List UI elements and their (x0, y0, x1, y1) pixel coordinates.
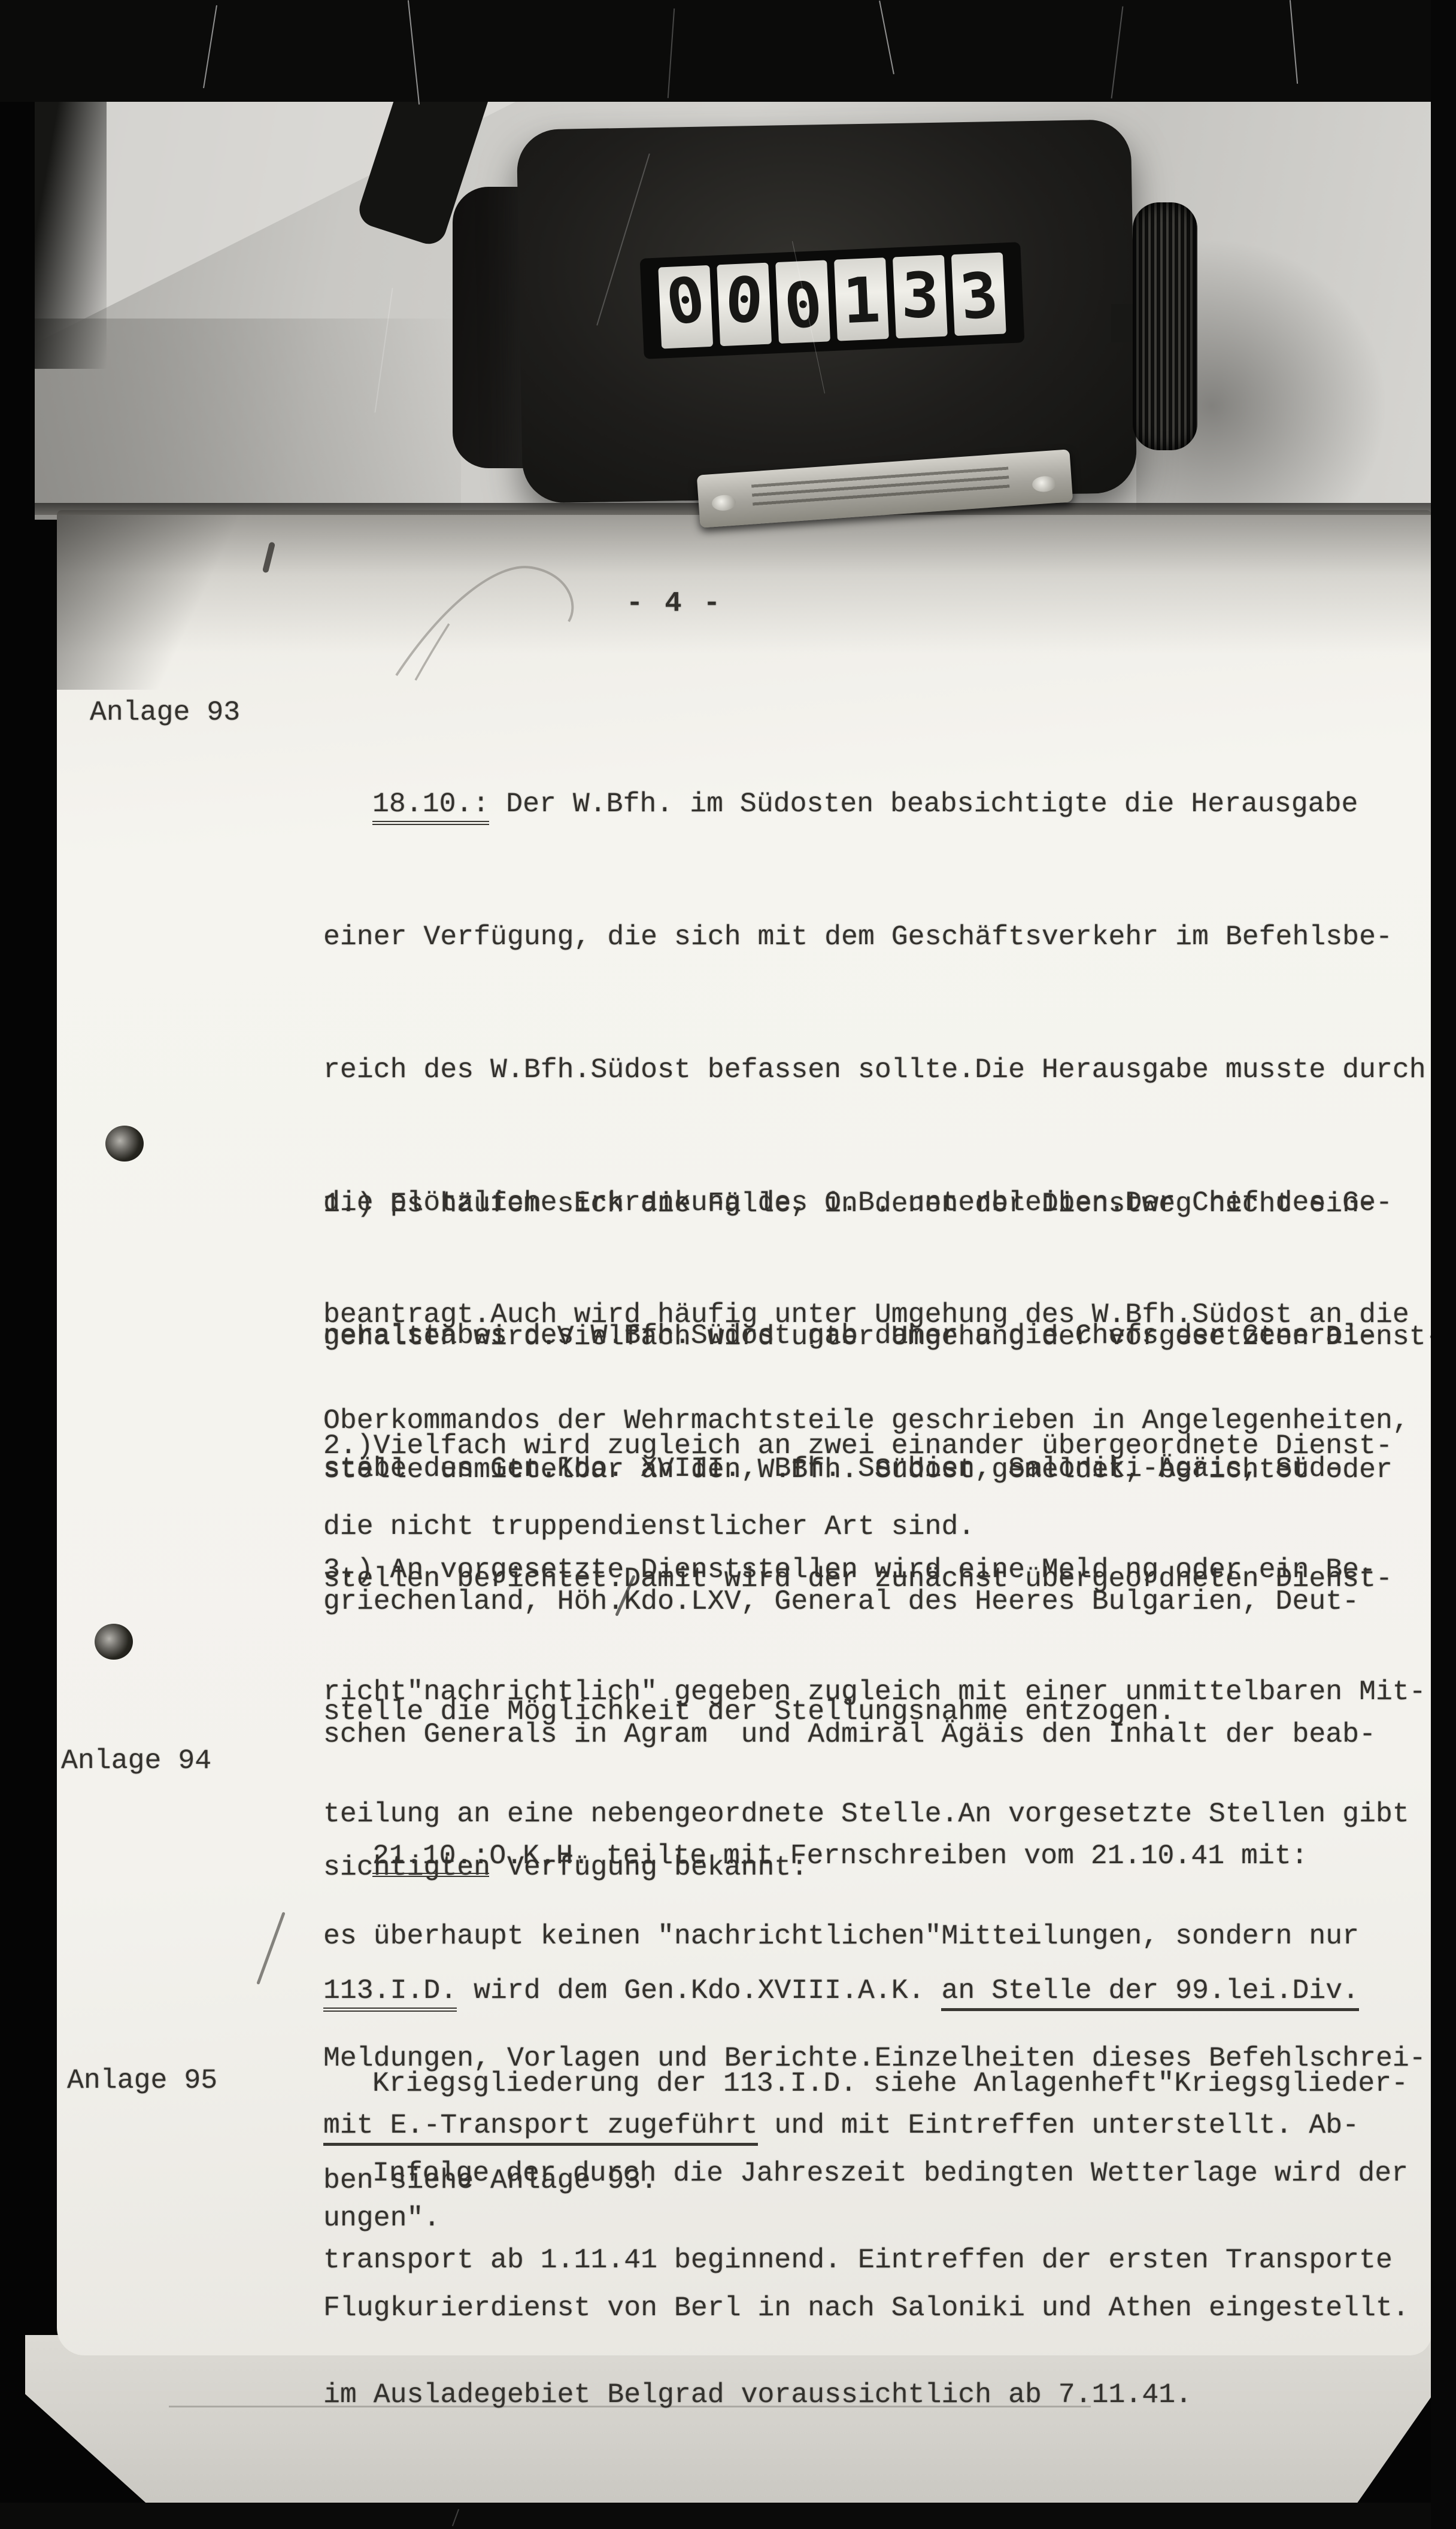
margin-label-anlage-94: Anlage 94 (61, 1745, 211, 1776)
text-segment: O.K.H. teilte mit Fernschreiben vom 21.1… (489, 1840, 1308, 1872)
film-right-edge (1431, 0, 1456, 2529)
text-line: 18.10.: Der W.Bfh. im Südosten beabsicht… (323, 782, 1426, 826)
text-line: Infolge der durch die Jahreszeit bedingt… (323, 2151, 1409, 2196)
film-top-band (0, 0, 1456, 102)
pencil-swirl-annotation (359, 533, 671, 712)
hole-punch-mark (95, 1624, 133, 1660)
text-segment: Der W.Bfh. im Südosten beabsichtigte die… (489, 788, 1358, 820)
typed-text-layer: - 4 - Anlage 93 Anlage 94 Anlage 95 18.1… (0, 0, 1456, 2529)
text-line: reich des W.Bfh.Südost befassen sollte.D… (323, 1048, 1426, 1092)
text-line: 2.)Vielfach wird zugleich an zwei einand… (323, 1424, 1393, 1468)
underlined-date: 18.10.: (372, 788, 489, 825)
text-line: 21.10.:O.K.H. teilte mit Fernschreiben v… (323, 1833, 1393, 1878)
text-line: 1.) Es häufem sich die Fälle, in denen d… (323, 1182, 1443, 1226)
text-line: beantragt.Auch wird häufig unter Umgehun… (323, 1297, 1409, 1332)
text-line: 3.) An vorgesetzte Dienststellen wird ei… (323, 1549, 1426, 1590)
paragraph-anlage-95: Infolge der durch die Jahreszeit bedingt… (323, 2061, 1409, 2420)
text-line: einer Verfügung, die sich mit dem Geschä… (323, 915, 1426, 959)
margin-label-anlage-93: Anlage 93 (90, 696, 240, 728)
text-line: Flugkurierdienst von Berl in nach Saloni… (323, 2285, 1409, 2330)
text-line: richt"nachrichtlich" gegeben zugleich mi… (323, 1672, 1426, 1712)
hole-punch-mark (105, 1126, 144, 1162)
microfilm-frame: { "counter": { "digits": ["0","0","0","1… (0, 0, 1456, 2529)
margin-label-anlage-95: Anlage 95 (67, 2064, 217, 2096)
film-bottom-band (0, 2503, 1456, 2529)
underlined-date: 21.10.: (372, 1840, 489, 1877)
